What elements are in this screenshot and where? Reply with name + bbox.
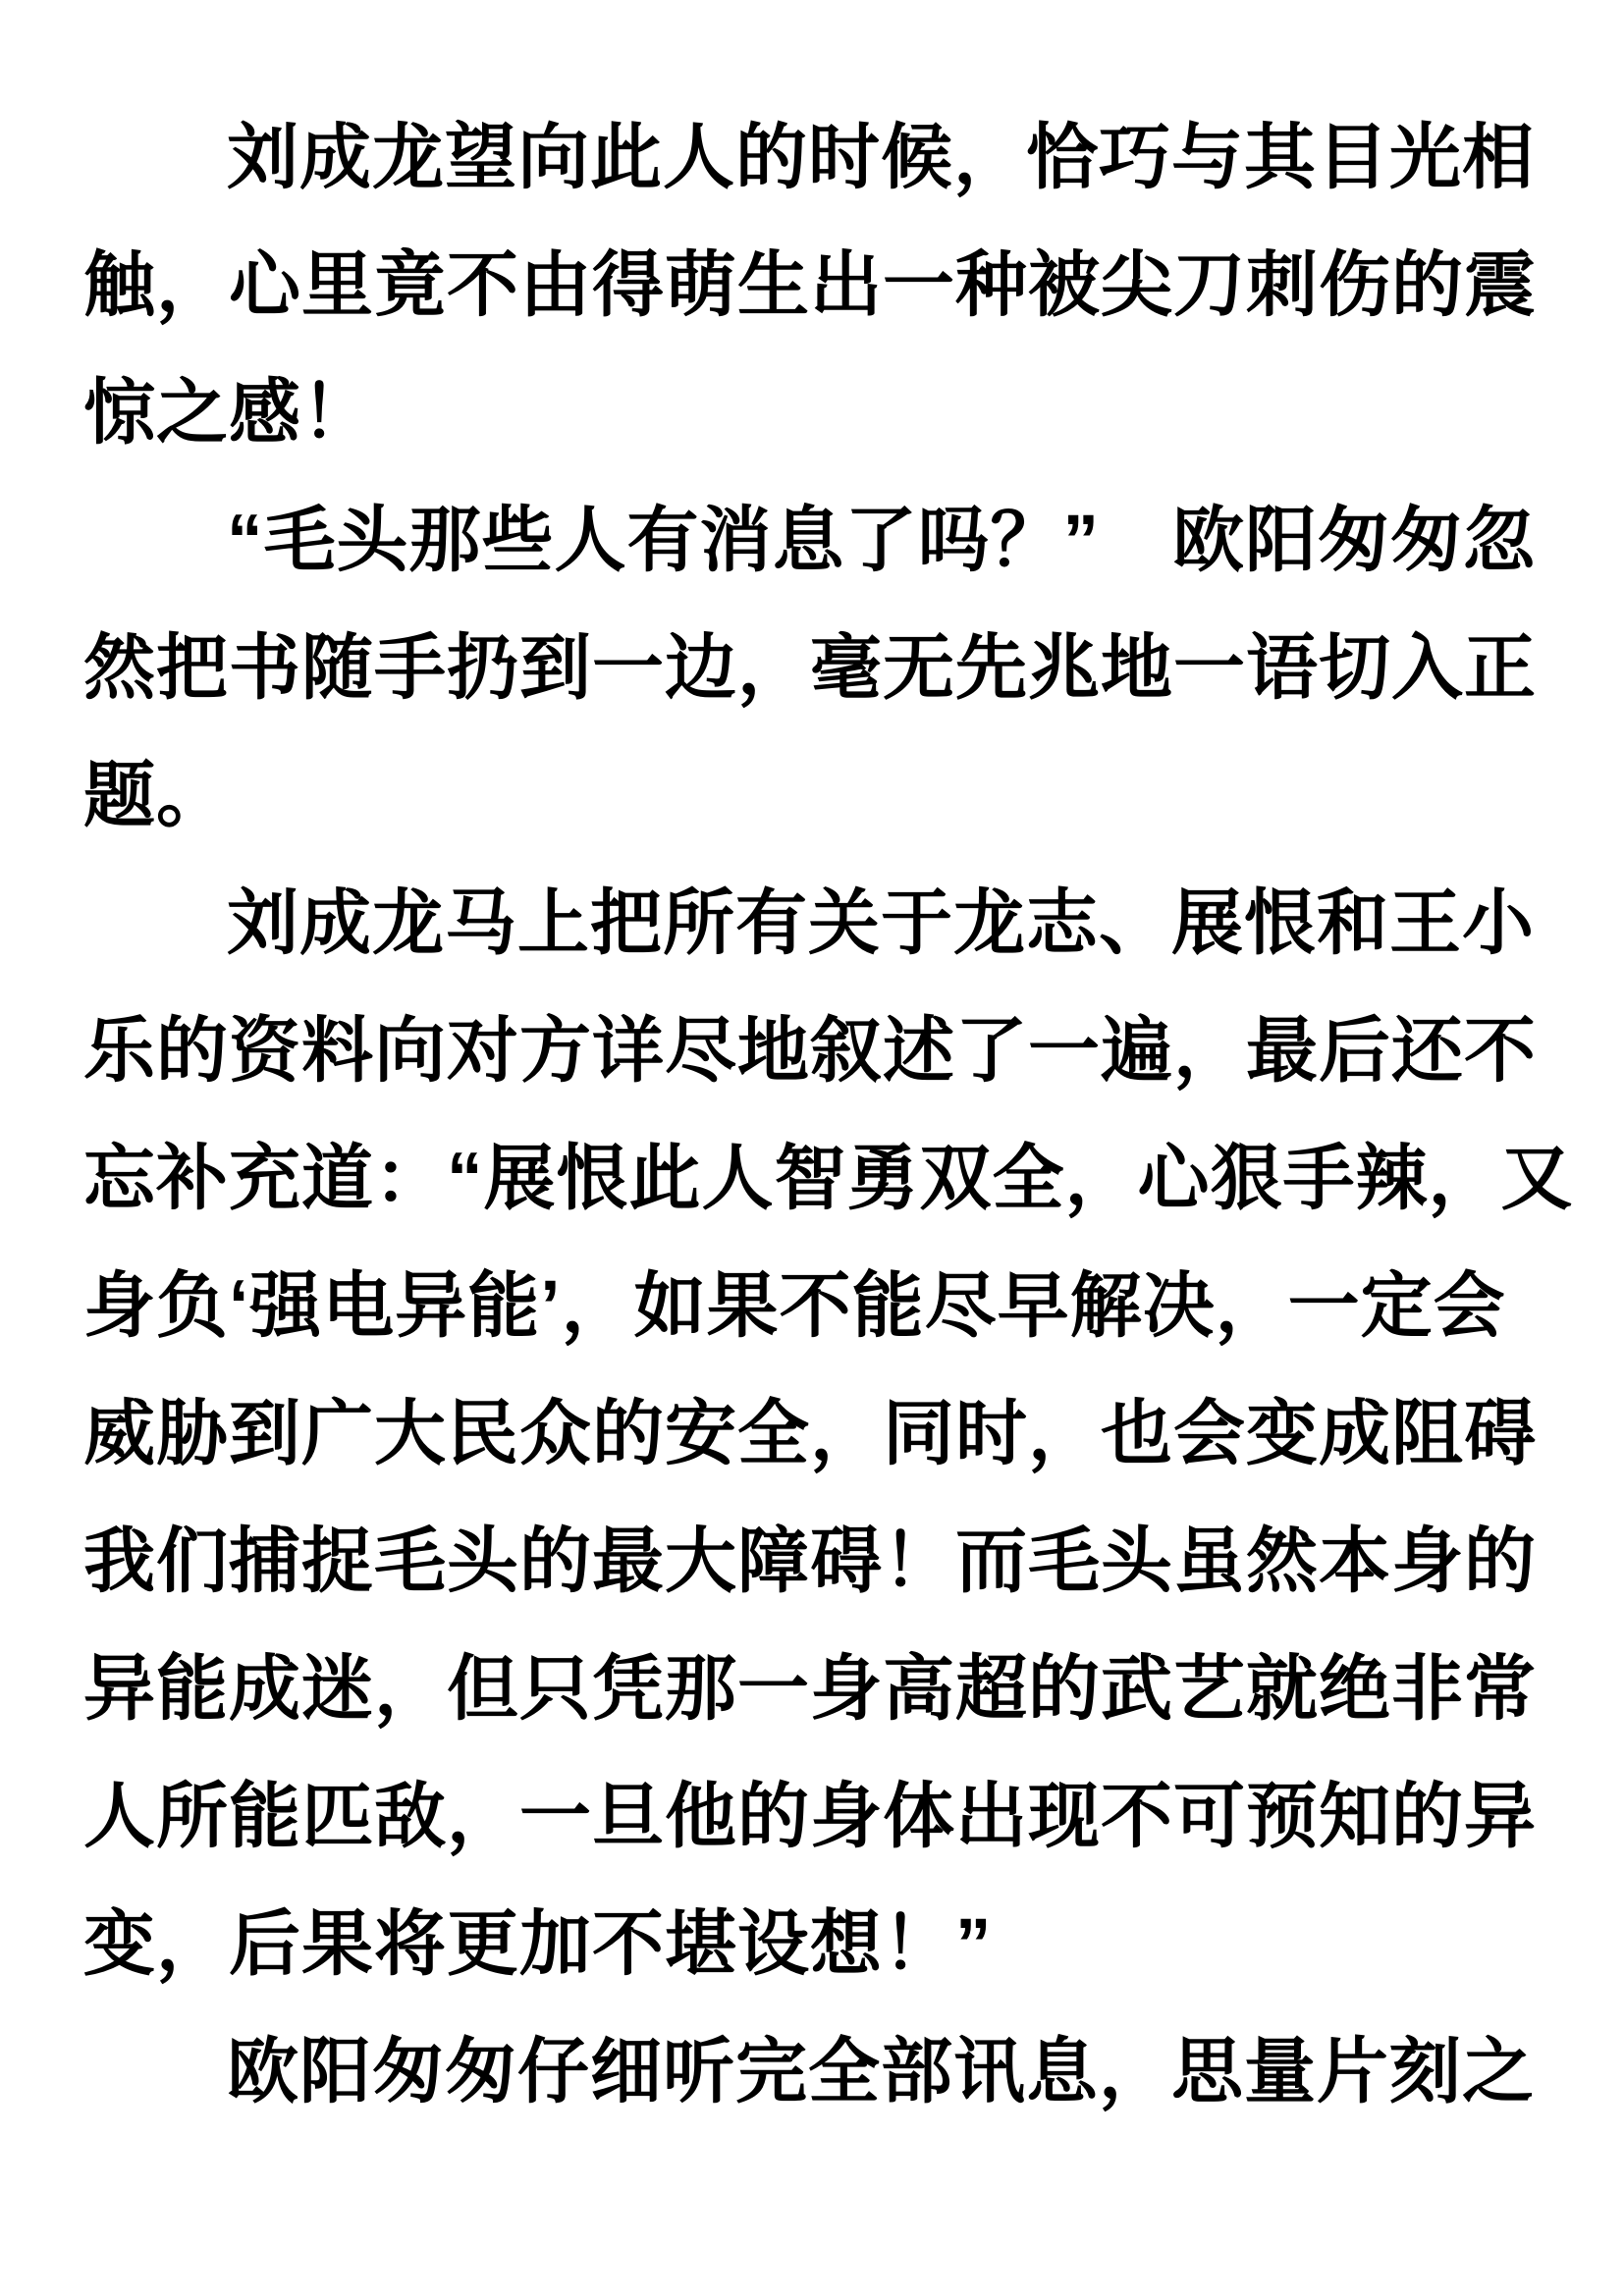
text-line: 刘成龙马上把所有关于龙志、展恨和王小 [83, 860, 1543, 988]
novel-page: 刘成龙望向此人的时候，恰巧与其目光相触，心里竟不由得萌生出一种被尖刀刺伤的震惊之… [0, 0, 1624, 2296]
text-line: 刘成龙望向此人的时候，恰巧与其目光相 [83, 94, 1543, 222]
text-line: 惊之感！ [83, 349, 1543, 477]
text-line: 忘补充道：“展恨此人智勇双全，心狠手辣，又 [83, 1115, 1543, 1243]
text-line: 身负‘强电异能’，如果不能尽早解决，一定会 [83, 1243, 1543, 1370]
text-line: 我们捕捉毛头的最大障碍！而毛头虽然本身的 [83, 1498, 1543, 1626]
text-line: 异能成迷，但只凭那一身高超的武艺就绝非常 [83, 1626, 1543, 1753]
text-line: “毛头那些人有消息了吗？” 欧阳匆匆忽 [83, 477, 1543, 605]
text-line: 乐的资料向对方详尽地叙述了一遍，最后还不 [83, 988, 1543, 1115]
text-line: 威胁到广大民众的安全，同时，也会变成阻碍 [83, 1370, 1543, 1498]
text-line: 欧阳匆匆仔细听完全部讯息，思量片刻之 [83, 2008, 1543, 2136]
text-line: 然把书随手扔到一边，毫无先兆地一语切入正 [83, 605, 1543, 732]
text-line: 触，心里竟不由得萌生出一种被尖刀刺伤的震 [83, 222, 1543, 349]
text-line: 变，后果将更加不堪设想！” [83, 1881, 1543, 2008]
page-text: 刘成龙望向此人的时候，恰巧与其目光相触，心里竟不由得萌生出一种被尖刀刺伤的震惊之… [83, 94, 1543, 2136]
text-line: 人所能匹敌，一旦他的身体出现不可预知的异 [83, 1753, 1543, 1881]
text-line: 题。 [83, 732, 1543, 860]
